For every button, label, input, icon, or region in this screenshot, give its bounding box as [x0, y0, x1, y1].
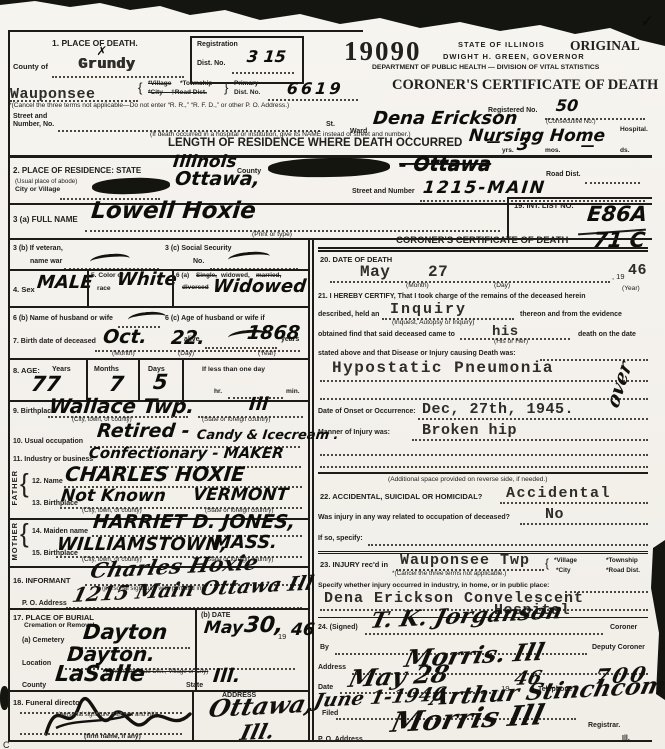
burial-label: 17. PLACE OF BURIAL [13, 613, 94, 622]
brace: { [545, 556, 549, 570]
birthdate-label: 7. Birth date of deceased [13, 338, 96, 345]
burial-date-year: 46 [290, 620, 316, 640]
mother-name-value: HARRIET D. JONES, [92, 511, 296, 533]
int-list-value-1: E86A [586, 202, 648, 226]
certify-line-3a: obtained find that said deceased came to [318, 331, 455, 338]
registrar-label: Registrar. [588, 722, 620, 729]
int-list-box-top [507, 197, 652, 199]
registered-no-value: 50 [555, 96, 579, 115]
spouse-age-label: 6 (c) Age of husband or wife if [165, 315, 265, 322]
injury-recd-label: 23. INJURY rec'd in [320, 560, 388, 569]
by-label: By [320, 644, 329, 651]
full-name-value: Lowell Hoxie [90, 198, 257, 224]
leader [320, 452, 648, 456]
printed-19: 19 [278, 632, 286, 641]
death-certificate-page: ✓ 1. PLACE OF DEATH. Registration Dist. … [0, 0, 665, 749]
residence-length-label: LENGTH OF RESIDENCE WHERE DEATH OCCURRED [168, 137, 462, 149]
primary-dist-label: Dist. No. [234, 89, 260, 96]
county-of-label: County of [13, 62, 48, 71]
additional-space-note: (Additional space provided on reverse si… [388, 476, 547, 483]
right-column-title: CORONER'S CERTIFICATE OF DEATH [396, 235, 568, 246]
father-name-value: CHARLES HOXIE [64, 462, 246, 486]
occupation-value: Retired - [96, 420, 191, 442]
leader [52, 74, 184, 78]
father-brace: { [20, 468, 29, 499]
cause-of-death-value: Hypostatic Pneumonia [332, 359, 554, 377]
leader [520, 521, 648, 525]
cemetery-value: Dayton [82, 620, 169, 644]
signed-label: 24. (Signed) [318, 624, 358, 631]
veteran-label: 3 (b) If veteran, [13, 245, 63, 252]
divider [318, 472, 648, 474]
day-note: (Day) [178, 350, 194, 357]
certify-line-2b: thereon and from the evidence [520, 311, 622, 318]
cell-border [87, 269, 89, 306]
registration-label: Registration [197, 41, 238, 48]
birth-day-value: 22. [170, 327, 206, 349]
serial-number: 19090 [344, 36, 422, 67]
specify-where-label: Specify whether injury occurred in indus… [318, 582, 549, 589]
yrs-value: — [486, 134, 502, 150]
cell-border [195, 608, 197, 690]
leader [412, 437, 648, 441]
inquest-note: (Inquest, Autopsy or Inquiry) [392, 319, 474, 326]
father-name-label: 12. Name [32, 478, 63, 485]
certificate-title: CORONER'S CERTIFICATE OF DEATH [392, 77, 658, 94]
year-note: (Year) [258, 350, 276, 357]
funeral-address-2: Ill. [238, 718, 277, 745]
term-township: *Township [180, 80, 212, 87]
ds-label: ds. [620, 147, 630, 154]
divider [8, 358, 310, 360]
checkmark: ✓ [641, 12, 654, 30]
sex-label: 4. Sex [13, 285, 35, 294]
month-note: (Month) [112, 350, 135, 357]
st-label: St. [326, 121, 335, 128]
cemetery-label: (a) Cemetery [22, 637, 64, 644]
dist-no-label: Dist. No. [197, 60, 225, 67]
primary-label: Primary [234, 80, 258, 87]
industry-value: Confectionary - MAKER [88, 444, 285, 462]
section1-footnote: *(Cancel the three terms not applicable—… [9, 102, 289, 109]
divider [8, 306, 310, 308]
print-or-type-note: (Print or type) [252, 231, 292, 238]
injury-occupation-label: Was injury in any way related to occupat… [318, 514, 510, 521]
registered-no-label: Registered No. [488, 107, 537, 114]
ds-value: — [580, 138, 596, 154]
abode-note: (Usual place of abode) [15, 178, 77, 185]
printed-19: , 19 [612, 272, 625, 281]
certify-line-2a: described, held an [318, 311, 379, 318]
registrar-po-label: P. O. Address [318, 736, 363, 743]
brace-open: { [138, 80, 142, 95]
father-side-label: FATHER [10, 470, 19, 505]
divider [318, 250, 648, 252]
birth-year-value: 1868 [246, 322, 301, 344]
terms-line2: *City— †Road Dist. [148, 89, 207, 96]
governor-line: DWIGHT H. GREEN, GOVERNOR [443, 52, 585, 61]
day-note: (Day) [494, 282, 510, 289]
printed-ill-label: Ill. [622, 735, 630, 742]
color-label-2: race [97, 285, 111, 292]
street-number-label: Street and Number [352, 188, 415, 195]
county-value: Grundy [78, 56, 135, 73]
occupation-label: 10. Usual occupation [13, 438, 83, 445]
mother-side-label: MOTHER [10, 522, 19, 561]
scribble-county [268, 157, 390, 178]
state-country-note: (State or foreign country) [202, 416, 270, 423]
leader [232, 70, 294, 74]
ssn-label: 3 (c) Social Security [165, 245, 232, 252]
x-mark: ✗ [96, 44, 108, 58]
brace-close: } [224, 80, 228, 95]
dash-mark [128, 310, 167, 325]
marital-prefix: 6 (a) [176, 272, 189, 279]
section2-heading: 2. PLACE OF RESIDENCE: STATE [13, 166, 141, 175]
mother-brace: { [20, 518, 29, 549]
street-label-2: Number, No. [13, 121, 54, 128]
mos-value: 3 [516, 135, 530, 155]
leader [365, 631, 603, 635]
leader [540, 357, 648, 361]
marital-value: Widowed [212, 276, 307, 297]
burial-date-month: May [203, 618, 244, 638]
location-label: Location [22, 660, 51, 667]
road-term: *Road Dist. [606, 567, 640, 574]
leader [500, 500, 648, 504]
yrs-label: yrs. [502, 147, 514, 154]
street-number-value: 1215-MAIN [422, 178, 547, 198]
divider [318, 247, 648, 249]
primary-dist-value: 6619 [286, 79, 345, 98]
township-term: *Township [606, 557, 638, 564]
over-note: over [603, 357, 637, 412]
department-line: DEPARTMENT OF PUBLIC HEALTH — DIVISION O… [372, 64, 599, 71]
consecutive-label: (Consecutive No.) [546, 118, 596, 125]
city-village-label: City or Village [15, 186, 60, 193]
age-days-value: 5 [152, 370, 169, 394]
leader [368, 542, 648, 546]
year-note: (Year) [622, 285, 640, 292]
marital-divorced: divorced [182, 284, 209, 291]
informant-label: 16. INFORMANT [13, 576, 71, 585]
leader [85, 228, 500, 232]
father-birthplace-value: Not Known [60, 486, 167, 506]
burial-state-value: Ill. [212, 665, 242, 687]
residence-city-value: Ottawa, [174, 168, 261, 190]
age-months-value: 7 [108, 372, 125, 396]
cell-border [172, 269, 174, 306]
section1-heading: 1. PLACE OF DEATH. [52, 38, 138, 48]
state-line: STATE OF ILLINOIS [458, 40, 545, 49]
sex-value: MALE [36, 272, 94, 293]
leader [320, 464, 648, 468]
int-list-box-left [507, 197, 509, 238]
leader [585, 180, 640, 184]
scribble-city [92, 177, 171, 196]
term-village: *Village [148, 80, 171, 87]
stray-mark: C [3, 740, 10, 749]
leader [320, 378, 648, 382]
leader [418, 416, 648, 420]
column-divider-1 [308, 238, 310, 740]
birth-month-value: Oct. [102, 326, 148, 348]
accidental-label: 22. ACCIDENTAL, SUICIDAL OR HOMICIDAL? [320, 492, 482, 501]
race-value: White [116, 269, 178, 290]
funeral-address-1: Ottawa, [206, 689, 317, 723]
his-her-note: (His or Her) [494, 338, 528, 345]
death-year-value: 46 [628, 262, 647, 279]
month-note: (Month) [406, 282, 429, 289]
cancel-note: *(Cancel the three terms not applicable.… [392, 570, 506, 577]
informant-po-label: P. O. Address [22, 600, 67, 607]
occupation-value-2: Candy & Icecream . [196, 428, 339, 443]
column-divider-2 [312, 238, 314, 740]
dist-no-value: 3 15 [246, 47, 287, 66]
street-label-1: Street and [13, 113, 47, 120]
residence-county-struck: - Ottawa [398, 153, 492, 175]
certify-line-1: 21. I HEREBY CERTIFY, That I took charge… [318, 293, 586, 300]
village-term: *Village [554, 557, 577, 564]
deputy-coroner-label: Deputy Coroner [592, 644, 645, 651]
coroner-label: Coroner [610, 624, 637, 631]
onset-label: Date of Onset or Occurrence: [318, 408, 416, 415]
min-label: min. [286, 388, 300, 395]
ssn-no-label: No. [193, 258, 204, 265]
firm-name-note: (firm name, if any) [84, 733, 141, 740]
hospital-label: Hospital. [620, 126, 648, 133]
hr-label: hr. [214, 388, 222, 395]
birthplace-state-value: Ill [248, 394, 269, 415]
dash-mark [228, 250, 271, 266]
form-border-top [8, 30, 363, 32]
leader [320, 396, 648, 400]
mos-label: mos. [545, 147, 560, 154]
form-border-left [8, 30, 10, 742]
city-term: *City [556, 567, 571, 574]
age-years-value: 77 [30, 372, 62, 396]
less-than-day-label: If less than one day [202, 366, 265, 373]
if-so-specify-label: If so, specify: [318, 535, 363, 542]
road-dist-label: Road Dist. [546, 171, 581, 178]
original-label: ORIGINAL [570, 38, 640, 54]
signature-note: (personal signature with pen and ink) [58, 712, 156, 718]
spacer [8, 320, 158, 321]
coroner-address-label: Address [318, 664, 346, 671]
certify-line-3b: death on the date [578, 331, 636, 338]
name-war-label: name war [30, 258, 62, 265]
int-list-label: 19. INT. LIST NO. [514, 201, 574, 210]
father-birthstate-value: VERMONT [192, 485, 289, 505]
divider [8, 608, 310, 610]
certify-line-4: stated above and that Disease or Injury … [318, 350, 516, 357]
leader [330, 279, 610, 283]
full-name-label: 3 (a) FULL NAME [13, 215, 78, 224]
